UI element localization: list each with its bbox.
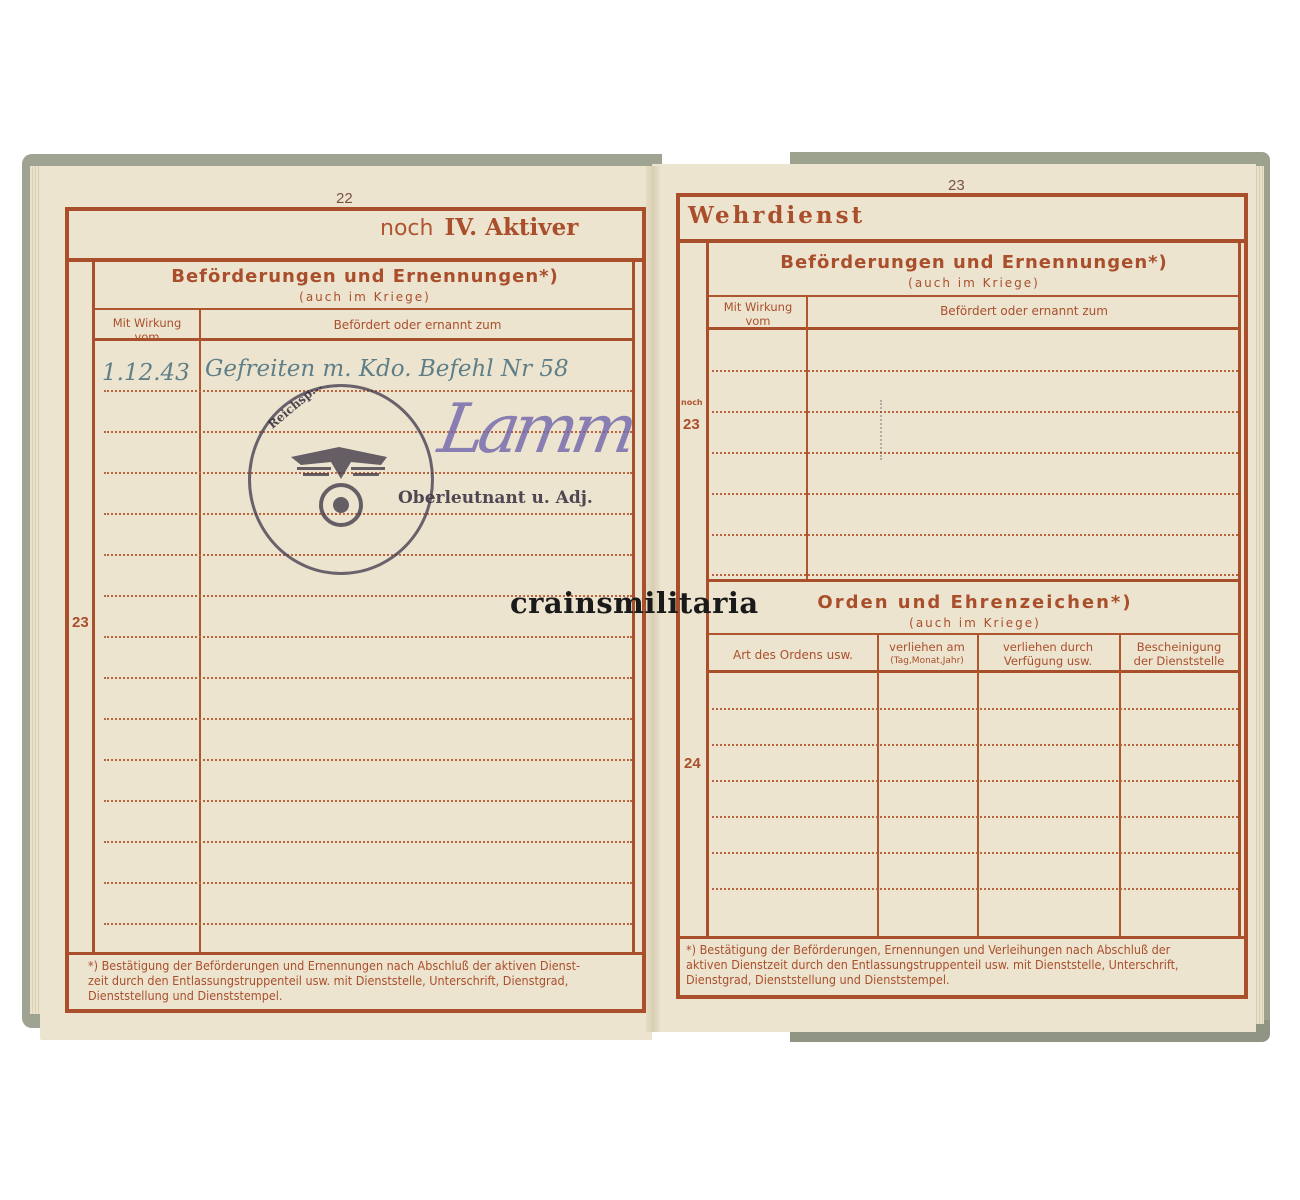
footnote-line: Dienstgrad, Dienststellung und Dienstste… — [686, 972, 1238, 987]
right-inner-right-line — [1238, 243, 1241, 937]
footnote-line: zeit durch den Entlassungstruppenteil us… — [88, 973, 636, 988]
col-header-line: Verfügung usw. — [978, 654, 1118, 668]
orden-ruled-rows — [712, 708, 1238, 938]
right-row-label-24: 24 — [684, 755, 701, 772]
page-number-right: 23 — [948, 177, 965, 194]
left-label-column-line — [92, 262, 95, 952]
right-section1-heading: Beförderungen und Ernennungen*) — [708, 252, 1240, 273]
left-col-header-rank: Befördert oder ernannt zum — [200, 318, 635, 332]
watermark: crainsmilitaria — [510, 586, 759, 620]
right-footnote: *) Bestätigung der Beförderungen, Ernenn… — [686, 942, 1238, 987]
faint-stamp-mark — [880, 400, 922, 460]
footnote-line: Dienststellung und Dienststempel. — [88, 988, 636, 1003]
left-title: noch IV. Aktiver — [380, 214, 578, 241]
col-header-line: (Tag,Monat,Jahr) — [878, 654, 976, 668]
page-number-left: 22 — [336, 190, 353, 207]
right-title: Wehrdienst — [688, 202, 865, 229]
left-header-divider — [95, 338, 635, 341]
col-header-line: vom — [710, 314, 806, 328]
title-text: IV. Aktiver — [445, 214, 579, 241]
col-header-line: Bescheinigung — [1120, 640, 1238, 654]
col-header-line: vom — [97, 330, 197, 344]
orden-col-header-certification: Bescheinigung der Dienststelle — [1120, 640, 1238, 668]
footnote-line: *) Bestätigung der Beförderungen und Ern… — [88, 958, 636, 973]
right-section-divider — [709, 579, 1240, 582]
right-col-header-date: Mit Wirkung vom — [710, 300, 806, 328]
col-header-line: Mit Wirkung — [97, 316, 197, 330]
footnote-line: aktiven Dienstzeit durch den Entlassungs… — [686, 957, 1238, 972]
entry-text: Gefreiten m. Kdo. Befehl Nr 58 — [205, 356, 569, 382]
right-section2-heading-divider — [709, 633, 1240, 635]
left-footnote: *) Bestätigung der Beförderungen und Ern… — [88, 958, 636, 1003]
right-col-header-rank: Befördert oder ernannt zum — [808, 304, 1240, 318]
signature-title-stamp: Oberleutnant u. Adj. — [398, 488, 593, 508]
left-title-divider — [65, 258, 646, 262]
right-section2-subheading: (auch im Kriege) — [800, 616, 1150, 630]
col-header-line: verliehen durch — [978, 640, 1118, 654]
right-section1-heading-divider — [709, 295, 1240, 297]
signature: Lamm — [433, 390, 638, 469]
orden-col-header-date: verliehen am (Tag,Monat,Jahr) — [878, 640, 976, 668]
left-footnote-divider — [65, 952, 646, 955]
col-header-line: verliehen am — [878, 640, 976, 654]
left-section-heading: Beförderungen und Ernennungen*) — [95, 266, 635, 287]
orden-header-divider — [709, 670, 1240, 673]
entry-date: 1.12.43 — [102, 360, 190, 386]
right-footnote-divider — [676, 936, 1248, 939]
col-header-line: Mit Wirkung — [710, 300, 806, 314]
footnote-line: *) Bestätigung der Beförderungen, Ernenn… — [686, 942, 1238, 957]
col-header-line: der Dienststelle — [1120, 654, 1238, 668]
right-section1-subheading: (auch im Kriege) — [708, 276, 1240, 290]
left-heading-divider — [95, 308, 635, 310]
right-row-label-23: 23 — [683, 416, 700, 433]
right-section2-heading: Orden und Ehrenzeichen*) — [800, 592, 1150, 613]
right-title-divider — [676, 239, 1248, 243]
orden-col-header-authority: verliehen durch Verfügung usw. — [978, 640, 1118, 668]
left-row-label: 23 — [72, 614, 89, 631]
right-row-label-prefix: noch — [681, 398, 703, 407]
right-section1-ruled-rows — [712, 370, 1238, 580]
title-prefix: noch — [380, 216, 433, 241]
right-section1-header-divider — [709, 327, 1240, 330]
orden-col-header-type: Art des Ordens usw. — [710, 648, 876, 662]
left-section-subheading: (auch im Kriege) — [95, 290, 635, 304]
